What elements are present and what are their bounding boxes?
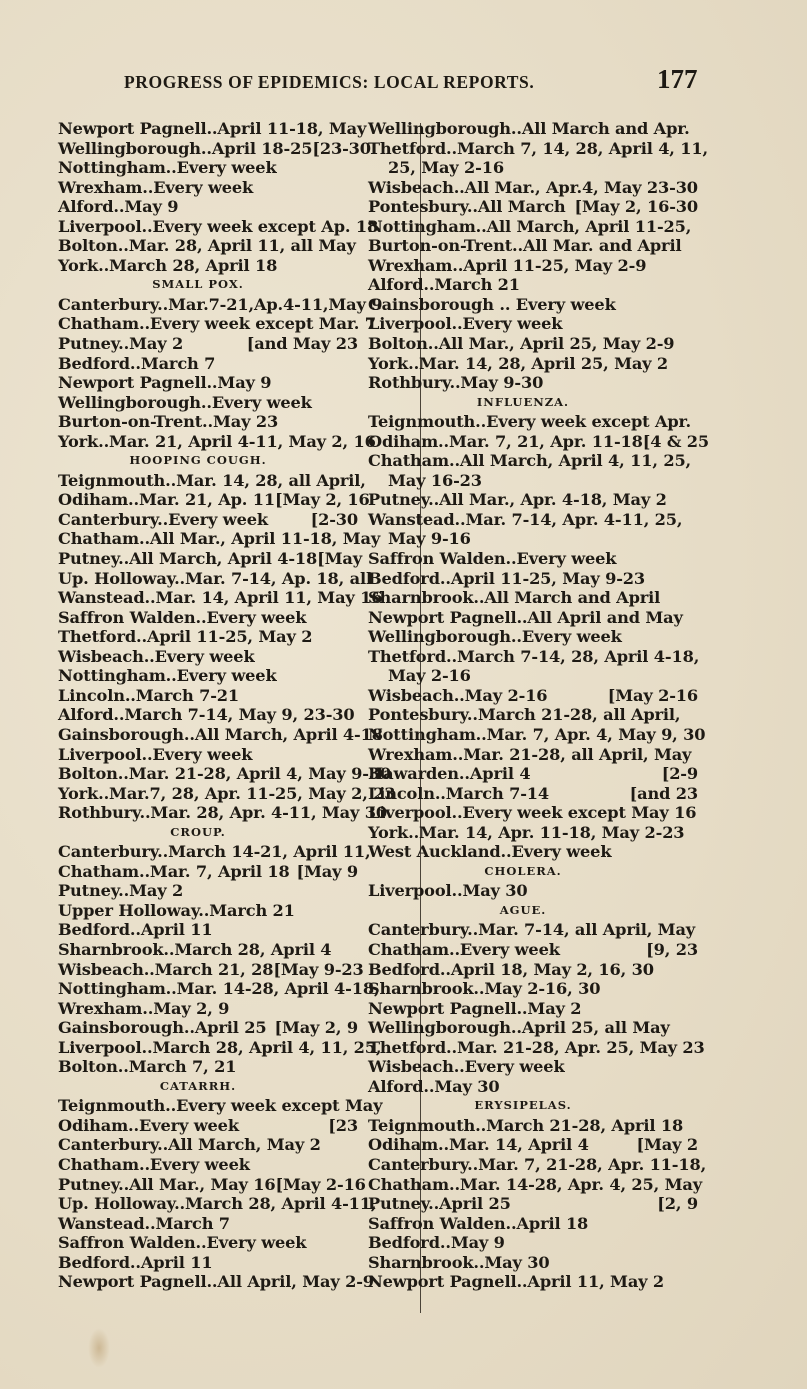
report-entry: Bolton..Mar. 21-28, April 4, May 9-30 xyxy=(58,764,358,784)
report-entry: May 9-16 xyxy=(368,529,698,549)
page-number: 177 xyxy=(657,64,698,95)
report-entry: Newport Pagnell..All April and May xyxy=(368,608,698,628)
entry-text: Wellingborough..All March and Apr. xyxy=(368,119,690,139)
entry-text: Pontesbury..March 21-28, all April, xyxy=(368,705,680,725)
entry-text: York..Mar.7, 28, Apr. 11-25, May 2, 23 xyxy=(58,784,395,804)
disease-heading: CATARRH. xyxy=(58,1077,358,1097)
entry-continuation: [9, 23 xyxy=(646,940,698,960)
entry-text: Gainsborough .. Every week xyxy=(368,295,616,315)
report-entry: Nottingham..Mar. 7, Apr. 4, May 9, 30 xyxy=(368,725,698,745)
report-entry: Odiham..Every week[23 xyxy=(58,1116,358,1136)
entry-text: Sharnbrook..May 30 xyxy=(368,1253,549,1273)
report-entry: Nottingham..Mar. 14-28, April 4-18, xyxy=(58,979,358,999)
entry-text: West Auckland..Every week xyxy=(368,842,611,862)
report-entry: Putney..April 25[2, 9 xyxy=(368,1194,698,1214)
entry-text: Liverpool..Every week except May 16 xyxy=(368,803,696,823)
entry-text: Wanstead..Mar. 14, April 11, May 16 xyxy=(58,588,382,608)
entry-continuation: [23-30 xyxy=(312,139,371,159)
entry-text: Putney..All Mar., May 16 xyxy=(58,1175,276,1195)
report-entry: Bolton..March 7, 21 xyxy=(58,1057,358,1077)
entry-text: Wisbeach..Every week xyxy=(58,647,255,667)
report-entry: Nottingham..Every week xyxy=(58,158,358,178)
entry-text: Wellingborough..Every week xyxy=(58,393,312,413)
report-entry: Lincoln..March 7-21 xyxy=(58,686,358,706)
entry-continuation: [May xyxy=(317,549,362,569)
report-entry: Saffron Walden..Every week xyxy=(58,608,358,628)
report-entry: Teignmouth..Every week except Apr. xyxy=(368,412,698,432)
report-entry: Chatham..Every week[9, 23 xyxy=(368,940,698,960)
report-entry: Gainsborough..April 25[May 2, 9 xyxy=(58,1018,358,1038)
entry-text: Thetford..March 7, 14, 28, April 4, 11, xyxy=(368,139,708,159)
report-entry: Gainsborough..All March, April 4-18 xyxy=(58,725,358,745)
report-entry: Thetford..March 7-14, 28, April 4-18, xyxy=(368,647,698,667)
entry-text: Putney..All Mar., Apr. 4-18, May 2 xyxy=(368,490,667,510)
entry-text: Thetford..Mar. 21-28, Apr. 25, May 23 xyxy=(368,1038,705,1058)
report-entry: Canterbury..Mar. 7, 21-28, Apr. 11-18, xyxy=(368,1155,698,1175)
report-entry: Newport Pagnell..May 2 xyxy=(368,999,698,1019)
entry-text: Gainsborough..All March, April 4-18 xyxy=(58,725,383,745)
report-entry: Canterbury..March 14-21, April 11, xyxy=(58,842,358,862)
entry-text: May 16-23 xyxy=(388,471,482,491)
entry-text: Wrexham..Mar. 21-28, all April, May xyxy=(368,745,691,765)
disease-heading: ERYSIPELAS. xyxy=(368,1096,698,1116)
entry-text: Putney..All March, April 4-18 xyxy=(58,549,317,569)
report-entry: Saffron Walden..April 18 xyxy=(368,1214,698,1234)
report-entry: Rothbury..May 9-30 xyxy=(368,373,698,393)
page-header: PROGRESS OF EPIDEMICS: LOCAL REPORTS. 17… xyxy=(0,62,807,102)
entry-text: Odiham..Mar. 21, Ap. 11 xyxy=(58,490,275,510)
entry-text: Burton-on-Trent..May 23 xyxy=(58,412,278,432)
report-entry: Chatham..Every week except Mar. 7 xyxy=(58,314,358,334)
report-entry: Bedford..April 11 xyxy=(58,920,358,940)
disease-heading: HOOPING COUGH. xyxy=(58,451,358,471)
entry-text: Teignmouth..March 21-28, April 18 xyxy=(368,1116,683,1136)
entry-text: Bolton..All Mar., April 25, May 2-9 xyxy=(368,334,674,354)
entry-text: York..Mar. 14, 28, April 25, May 2 xyxy=(368,354,668,374)
entry-continuation: [2-9 xyxy=(662,764,698,784)
entry-text: Sharnbrook..March 28, April 4 xyxy=(58,940,331,960)
report-entry: Wellingborough..April 25, all May xyxy=(368,1018,698,1038)
report-entry: Lincoln..March 7-14[and 23 xyxy=(368,784,698,804)
report-entry: Thetford..March 7, 14, 28, April 4, 11, xyxy=(368,139,698,159)
entry-text: Wrexham..May 2, 9 xyxy=(58,999,229,1019)
report-entry: Newport Pagnell..April 11-18, May xyxy=(58,119,358,139)
report-entry: Odiham..Mar. 14, April 4[May 2 xyxy=(368,1135,698,1155)
disease-heading: CHOLERA. xyxy=(368,862,698,882)
entry-text: Wanstead..Mar. 7-14, Apr. 4-11, 25, xyxy=(368,510,682,530)
entry-text: Burton-on-Trent..All Mar. and April xyxy=(368,236,681,256)
report-entry: Hawarden..April 4[2-9 xyxy=(368,764,698,784)
entry-continuation: [and 23 xyxy=(630,784,698,804)
report-entry: Wanstead..Mar. 14, April 11, May 16 xyxy=(58,588,358,608)
entry-text: Saffron Walden..Every week xyxy=(58,608,306,628)
entry-text: Liverpool..March 28, April 4, 11, 25, xyxy=(58,1038,381,1058)
report-entry: Putney..All Mar., May 16[May 2-16 xyxy=(58,1175,358,1195)
entry-text: Liverpool..Every week except Ap. 18 xyxy=(58,217,378,237)
entry-text: Chatham..Every week xyxy=(58,1155,250,1175)
report-entry: Sharnbrook..May 2-16, 30 xyxy=(368,979,698,999)
entry-text: Teignmouth..Every week except Apr. xyxy=(368,412,691,432)
entry-text: Chatham..Mar. 14-28, Apr. 4, 25, May xyxy=(368,1175,702,1195)
entry-text: Nottingham..All March, April 11-25, xyxy=(368,217,691,237)
entry-text: Wrexham..April 11-25, May 2-9 xyxy=(368,256,646,276)
right-column: Wellingborough..All March and Apr.Thetfo… xyxy=(368,119,698,1292)
report-entry: Newport Pagnell..All April, May 2-9 xyxy=(58,1272,358,1292)
report-entry: Chatham..Mar. 14-28, Apr. 4, 25, May xyxy=(368,1175,698,1195)
entry-text: Wisbeach..All Mar., Apr.4, May 23-30 xyxy=(368,178,698,198)
report-entry: Wrexham..Mar. 21-28, all April, May xyxy=(368,745,698,765)
entry-continuation: [2, 9 xyxy=(657,1194,698,1214)
entry-text: Liverpool..May 30 xyxy=(368,881,528,901)
report-entry: Bedford..March 7 xyxy=(58,354,358,374)
report-entry: Chatham..Mar. 7, April 18[May 9 xyxy=(58,862,358,882)
report-entry: Odiham..Mar. 7, 21, Apr. 11-18[4 & 25 xyxy=(368,432,698,452)
report-entry: Alford..March 21 xyxy=(368,275,698,295)
entry-text: Wanstead..March 7 xyxy=(58,1214,230,1234)
report-entry: Wisbeach..Every week xyxy=(58,647,358,667)
entry-text: Rothbury..Mar. 28, Apr. 4-11, May 30 xyxy=(58,803,387,823)
report-entry: Canterbury..All March, May 2 xyxy=(58,1135,358,1155)
entry-text: Wisbeach..Every week xyxy=(368,1057,565,1077)
report-entry: Sharnbrook..May 30 xyxy=(368,1253,698,1273)
report-entry: Canterbury..Every week[2-30 xyxy=(58,510,358,530)
disease-heading: AGUE. xyxy=(368,901,698,921)
report-entry: Putney..May 2[and May 23 xyxy=(58,334,358,354)
report-entry: Bedford..April 18, May 2, 16, 30 xyxy=(368,960,698,980)
entry-text: Chatham..All March, April 4, 11, 25, xyxy=(368,451,691,471)
entry-text: York..Mar. 21, April 4-11, May 2, 16 xyxy=(58,432,376,452)
entry-text: Newport Pagnell..All April and May xyxy=(368,608,683,628)
entry-text: Bedford..May 9 xyxy=(368,1233,505,1253)
report-entry: West Auckland..Every week xyxy=(368,842,698,862)
entry-text: Bolton..March 7, 21 xyxy=(58,1057,236,1077)
entry-text: Alford..March 21 xyxy=(368,275,520,295)
report-entry: Burton-on-Trent..All Mar. and April xyxy=(368,236,698,256)
report-entry: Nottingham..All March, April 11-25, xyxy=(368,217,698,237)
report-entry: Bolton..All Mar., April 25, May 2-9 xyxy=(368,334,698,354)
report-entry: Liverpool..May 30 xyxy=(368,881,698,901)
entry-text: Saffron Walden..Every week xyxy=(58,1233,306,1253)
running-title: PROGRESS OF EPIDEMICS: LOCAL REPORTS. xyxy=(124,72,534,93)
entry-text: Canterbury..Mar. 7, 21-28, Apr. 11-18, xyxy=(368,1155,706,1175)
report-entry: Wrexham..May 2, 9 xyxy=(58,999,358,1019)
entry-text: Hawarden..April 4 xyxy=(368,764,530,784)
entry-text: Liverpool..Every week xyxy=(58,745,252,765)
entry-text: Thetford..March 7-14, 28, April 4-18, xyxy=(368,647,699,667)
entry-text: Sharnbrook..All March and April xyxy=(368,588,660,608)
report-entry: York..Mar. 14, 28, April 25, May 2 xyxy=(368,354,698,374)
report-entry: Up. Holloway..March 28, April 4-11, xyxy=(58,1194,358,1214)
report-entry: Up. Holloway..Mar. 7-14, Ap. 18, all xyxy=(58,569,358,589)
report-entry: Putney..May 2 xyxy=(58,881,358,901)
entry-continuation: [May 2, 16 xyxy=(275,490,370,510)
report-entry: York..March 28, April 18 xyxy=(58,256,358,276)
left-column: Newport Pagnell..April 11-18, MayWelling… xyxy=(58,119,358,1292)
entry-continuation: [May 2 xyxy=(637,1135,698,1155)
entry-text: Bedford..April 11-25, May 9-23 xyxy=(368,569,645,589)
report-entry: Wellingborough..Every week xyxy=(58,393,358,413)
entry-text: Chatham..All Mar., April 11-18, May xyxy=(58,529,380,549)
report-entry: Wanstead..Mar. 7-14, Apr. 4-11, 25, xyxy=(368,510,698,530)
report-entry: Canterbury..Mar.7-21,Ap.4-11,May 9 xyxy=(58,295,358,315)
entry-text: Lincoln..March 7-21 xyxy=(58,686,239,706)
report-entry: Burton-on-Trent..May 23 xyxy=(58,412,358,432)
report-entry: Putney..All March, April 4-18[May xyxy=(58,549,358,569)
entry-text: Teignmouth..Mar. 14, 28, all April, xyxy=(58,471,366,491)
report-entry: Alford..March 7-14, May 9, 23-30 xyxy=(58,705,358,725)
entry-continuation: [May 2, 16-30 xyxy=(575,197,698,217)
report-entry: Alford..May 30 xyxy=(368,1077,698,1097)
entry-text: Putney..May 2 xyxy=(58,334,183,354)
entry-text: Alford..May 30 xyxy=(368,1077,499,1097)
entry-continuation: [May 2-16 xyxy=(276,1175,366,1195)
report-entry: Wisbeach..All Mar., Apr.4, May 23-30 xyxy=(368,178,698,198)
report-entry: 25, May 2-16 xyxy=(368,158,698,178)
report-entry: Wisbeach..Every week xyxy=(368,1057,698,1077)
report-entry: Putney..All Mar., Apr. 4-18, May 2 xyxy=(368,490,698,510)
entry-continuation: [23 xyxy=(328,1116,358,1136)
entry-text: Wellingborough..April 18-25 xyxy=(58,139,312,159)
report-entry: Odiham..Mar. 21, Ap. 11[May 2, 16 xyxy=(58,490,358,510)
report-entry: Bedford..May 9 xyxy=(368,1233,698,1253)
entry-text: Chatham..Mar. 7, April 18 xyxy=(58,862,290,882)
entry-text: May 2-16 xyxy=(388,666,471,686)
entry-text: Bedford..April 18, May 2, 16, 30 xyxy=(368,960,654,980)
entry-text: 25, May 2-16 xyxy=(388,158,504,178)
report-entry: May 2-16 xyxy=(368,666,698,686)
report-entry: Wisbeach..May 2-16[May 2-16 xyxy=(368,686,698,706)
entry-text: Bedford..March 7 xyxy=(58,354,215,374)
report-entry: Upper Holloway..March 21 xyxy=(58,901,358,921)
report-entry: Liverpool..Every week xyxy=(58,745,358,765)
report-entry: Teignmouth..Every week except May xyxy=(58,1096,358,1116)
entry-text: Nottingham..Every week xyxy=(58,666,277,686)
report-entry: Saffron Walden..Every week xyxy=(368,549,698,569)
entry-continuation: [May 9-23 xyxy=(273,960,363,980)
report-entry: Chatham..All Mar., April 11-18, May xyxy=(58,529,358,549)
entry-text: Canterbury..All March, May 2 xyxy=(58,1135,321,1155)
entry-text: Wisbeach..March 21, 28 xyxy=(58,960,273,980)
report-entry: Liverpool..Every week except Ap. 18 xyxy=(58,217,358,237)
report-entry: Wellingborough..Every week xyxy=(368,627,698,647)
entry-continuation: [4 & 25 xyxy=(643,432,709,452)
entry-text: Newport Pagnell..April 11, May 2 xyxy=(368,1272,664,1292)
entry-text: Nottingham..Mar. 7, Apr. 4, May 9, 30 xyxy=(368,725,705,745)
report-entry: Wrexham..Every week xyxy=(58,178,358,198)
report-entry: Thetford..Mar. 21-28, Apr. 25, May 23 xyxy=(368,1038,698,1058)
entry-text: Bedford..April 11 xyxy=(58,920,213,940)
entry-text: Nottingham..Mar. 14-28, April 4-18, xyxy=(58,979,379,999)
report-entry: Sharnbrook..All March and April xyxy=(368,588,698,608)
entry-text: Sharnbrook..May 2-16, 30 xyxy=(368,979,600,999)
disease-heading: SMALL POX. xyxy=(58,275,358,295)
report-entry: Canterbury..Mar. 7-14, all April, May xyxy=(368,920,698,940)
entry-text: Bedford..April 11 xyxy=(58,1253,213,1273)
entry-text: Alford..May 9 xyxy=(58,197,178,217)
entry-text: Wellingborough..Every week xyxy=(368,627,622,647)
entry-text: Canterbury..Mar.7-21,Ap.4-11,May 9 xyxy=(58,295,382,315)
entry-text: Lincoln..March 7-14 xyxy=(368,784,549,804)
entry-text: Chatham..Every week xyxy=(368,940,560,960)
report-entry: Newport Pagnell..May 9 xyxy=(58,373,358,393)
report-entry: Rothbury..Mar. 28, Apr. 4-11, May 30 xyxy=(58,803,358,823)
report-entry: Saffron Walden..Every week xyxy=(58,1233,358,1253)
entry-text: Odiham..Every week xyxy=(58,1116,239,1136)
entry-text: Pontesbury..All March xyxy=(368,197,566,217)
entry-text: Newport Pagnell..May 9 xyxy=(58,373,271,393)
report-entry: Nottingham..Every week xyxy=(58,666,358,686)
report-entry: Bolton..Mar. 28, April 11, all May xyxy=(58,236,358,256)
report-entry: Liverpool..March 28, April 4, 11, 25, xyxy=(58,1038,358,1058)
entry-text: Putney..April 25 xyxy=(368,1194,511,1214)
entry-text: May 9-16 xyxy=(388,529,471,549)
entry-continuation: [May 2, 9 xyxy=(274,1018,358,1038)
entry-text: Saffron Walden..Every week xyxy=(368,549,616,569)
report-entry: Wisbeach..March 21, 28[May 9-23 xyxy=(58,960,358,980)
report-entry: Newport Pagnell..April 11, May 2 xyxy=(368,1272,698,1292)
entry-text: Up. Holloway..March 28, April 4-11, xyxy=(58,1194,376,1214)
entry-text: Odiham..Mar. 14, April 4 xyxy=(368,1135,589,1155)
report-entry: Sharnbrook..March 28, April 4 xyxy=(58,940,358,960)
report-entry: Chatham..All March, April 4, 11, 25, xyxy=(368,451,698,471)
report-entry: Wanstead..March 7 xyxy=(58,1214,358,1234)
entry-continuation: [May 2-16 xyxy=(608,686,698,706)
entry-continuation: [and May 23 xyxy=(247,334,358,354)
report-entry: Pontesbury..March 21-28, all April, xyxy=(368,705,698,725)
disease-heading: CROUP. xyxy=(58,823,358,843)
entry-text: Odiham..Mar. 7, 21, Apr. 11-18 xyxy=(368,432,643,452)
report-entry: Liverpool..Every week xyxy=(368,314,698,334)
entry-text: Canterbury..March 14-21, April 11, xyxy=(58,842,371,862)
report-entry: May 16-23 xyxy=(368,471,698,491)
entry-text: Newport Pagnell..April 11-18, May xyxy=(58,119,366,139)
entry-text: Bolton..Mar. 28, April 11, all May xyxy=(58,236,356,256)
entry-text: Thetford..April 11-25, May 2 xyxy=(58,627,312,647)
report-entry: Teignmouth..March 21-28, April 18 xyxy=(368,1116,698,1136)
report-entry: Liverpool..Every week except May 16 xyxy=(368,803,698,823)
report-entry: Wrexham..April 11-25, May 2-9 xyxy=(368,256,698,276)
entry-text: Wisbeach..May 2-16 xyxy=(368,686,547,706)
entry-text: Newport Pagnell..All April, May 2-9 xyxy=(58,1272,374,1292)
report-entry: Gainsborough .. Every week xyxy=(368,295,698,315)
entry-text: Up. Holloway..Mar. 7-14, Ap. 18, all xyxy=(58,569,372,589)
report-entry: Thetford..April 11-25, May 2 xyxy=(58,627,358,647)
paper-stain xyxy=(88,1328,110,1368)
report-entry: Chatham..Every week xyxy=(58,1155,358,1175)
report-entry: Wellingborough..April 18-25[23-30 xyxy=(58,139,358,159)
report-entry: York..Mar. 21, April 4-11, May 2, 16 xyxy=(58,432,358,452)
report-entry: Alford..May 9 xyxy=(58,197,358,217)
entry-text: Putney..May 2 xyxy=(58,881,183,901)
entry-text: Wellingborough..April 25, all May xyxy=(368,1018,670,1038)
entry-text: Saffron Walden..April 18 xyxy=(368,1214,588,1234)
entry-text: Alford..March 7-14, May 9, 23-30 xyxy=(58,705,355,725)
entry-continuation: [2-30 xyxy=(311,510,358,530)
entry-text: Upper Holloway..March 21 xyxy=(58,901,295,921)
entry-text: Newport Pagnell..May 2 xyxy=(368,999,581,1019)
entry-text: York..Mar. 14, Apr. 11-18, May 2-23 xyxy=(368,823,684,843)
entry-continuation: [May 9 xyxy=(297,862,358,882)
entry-text: Bolton..Mar. 21-28, April 4, May 9-30 xyxy=(58,764,391,784)
disease-heading: INFLUENZA. xyxy=(368,393,698,413)
report-entry: Bedford..April 11 xyxy=(58,1253,358,1273)
report-entry: Pontesbury..All March[May 2, 16-30 xyxy=(368,197,698,217)
report-entry: Bedford..April 11-25, May 9-23 xyxy=(368,569,698,589)
report-entry: York..Mar.7, 28, Apr. 11-25, May 2, 23 xyxy=(58,784,358,804)
report-entry: Teignmouth..Mar. 14, 28, all April, xyxy=(58,471,358,491)
entry-text: Wrexham..Every week xyxy=(58,178,253,198)
entry-text: Canterbury..Every week xyxy=(58,510,268,530)
entry-text: Liverpool..Every week xyxy=(368,314,562,334)
entry-text: Rothbury..May 9-30 xyxy=(368,373,543,393)
entry-text: Teignmouth..Every week except May xyxy=(58,1096,382,1116)
report-entry: York..Mar. 14, Apr. 11-18, May 2-23 xyxy=(368,823,698,843)
entry-text: Nottingham..Every week xyxy=(58,158,277,178)
entry-text: Canterbury..Mar. 7-14, all April, May xyxy=(368,920,695,940)
entry-text: Gainsborough..April 25 xyxy=(58,1018,266,1038)
entry-text: York..March 28, April 18 xyxy=(58,256,277,276)
entry-text: Chatham..Every week except Mar. 7 xyxy=(58,314,376,334)
report-entry: Wellingborough..All March and Apr. xyxy=(368,119,698,139)
